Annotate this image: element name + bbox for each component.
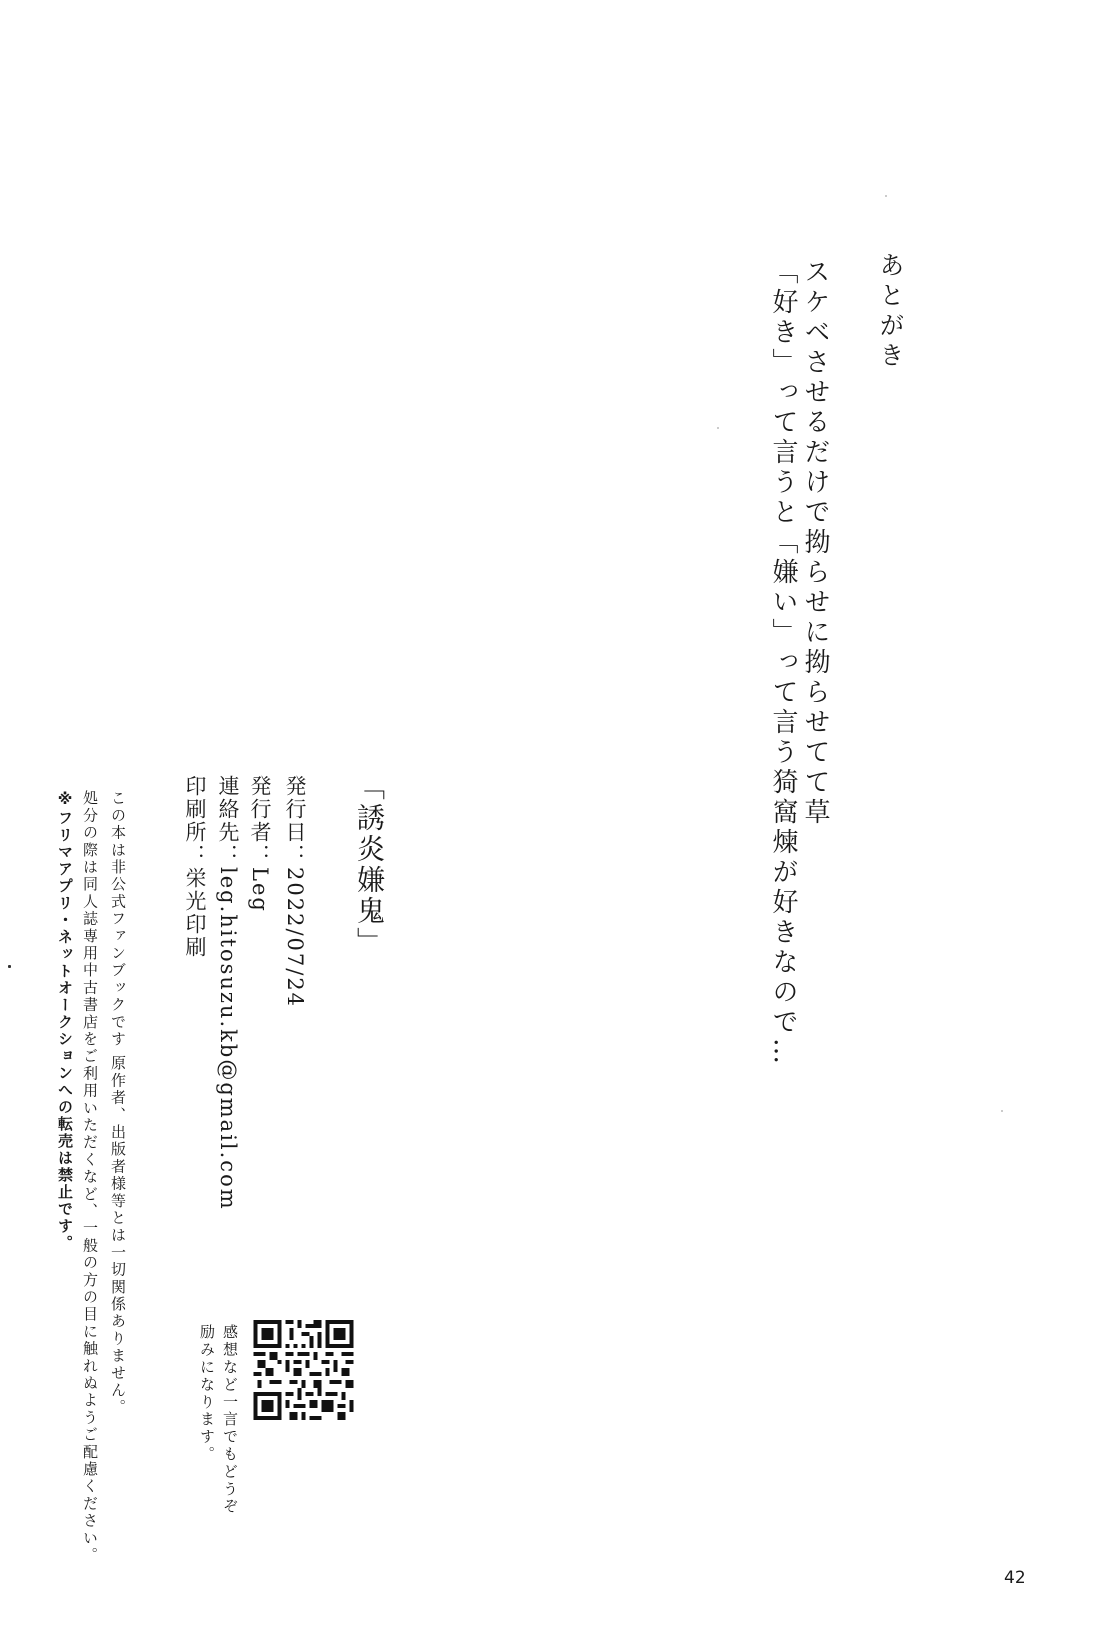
disposal-note: 処分の際は同人誌専用中古書店をご利用いただくなど、一般の方の目に触れぬようご配慮… bbox=[82, 790, 97, 1564]
afterword-heading: あとがき bbox=[878, 252, 903, 372]
qr-caption: 励みになります。 bbox=[199, 1324, 214, 1463]
scan-speck bbox=[885, 195, 887, 197]
qr-code-icon[interactable] bbox=[252, 1320, 355, 1420]
publisher: 発行者：Leg bbox=[249, 775, 270, 913]
scan-speck bbox=[8, 965, 11, 968]
qr-caption: 感想など一言でもどうぞ bbox=[222, 1324, 237, 1515]
scan-speck bbox=[1001, 1110, 1003, 1112]
page-number: 42 bbox=[1004, 1568, 1026, 1588]
book-title: 「誘炎嫌鬼」 bbox=[355, 772, 383, 958]
contact-email: 連絡先：leg.hitosuzu.kb@gmail.com bbox=[217, 775, 238, 1211]
scan-speck bbox=[717, 427, 719, 429]
printer: 印刷所：栄光印刷 bbox=[184, 775, 205, 959]
afterword-line: スケベさせるだけで拗らせに拗らせてて草 bbox=[802, 258, 828, 828]
disclaimer-note: この本は非公式ファンブックです 原作者、出版者様等とは一切関係ありません。 bbox=[110, 790, 125, 1416]
resale-warning: ※フリマアプリ・ネットオークションへの転売は禁止です。 bbox=[57, 790, 72, 1252]
issue-date: 発行日：2022/07/24 bbox=[284, 775, 305, 1008]
afterword-line: 「好き」って言うと「嫌い」って言う猗窩煉が好きなので… bbox=[770, 258, 796, 1068]
